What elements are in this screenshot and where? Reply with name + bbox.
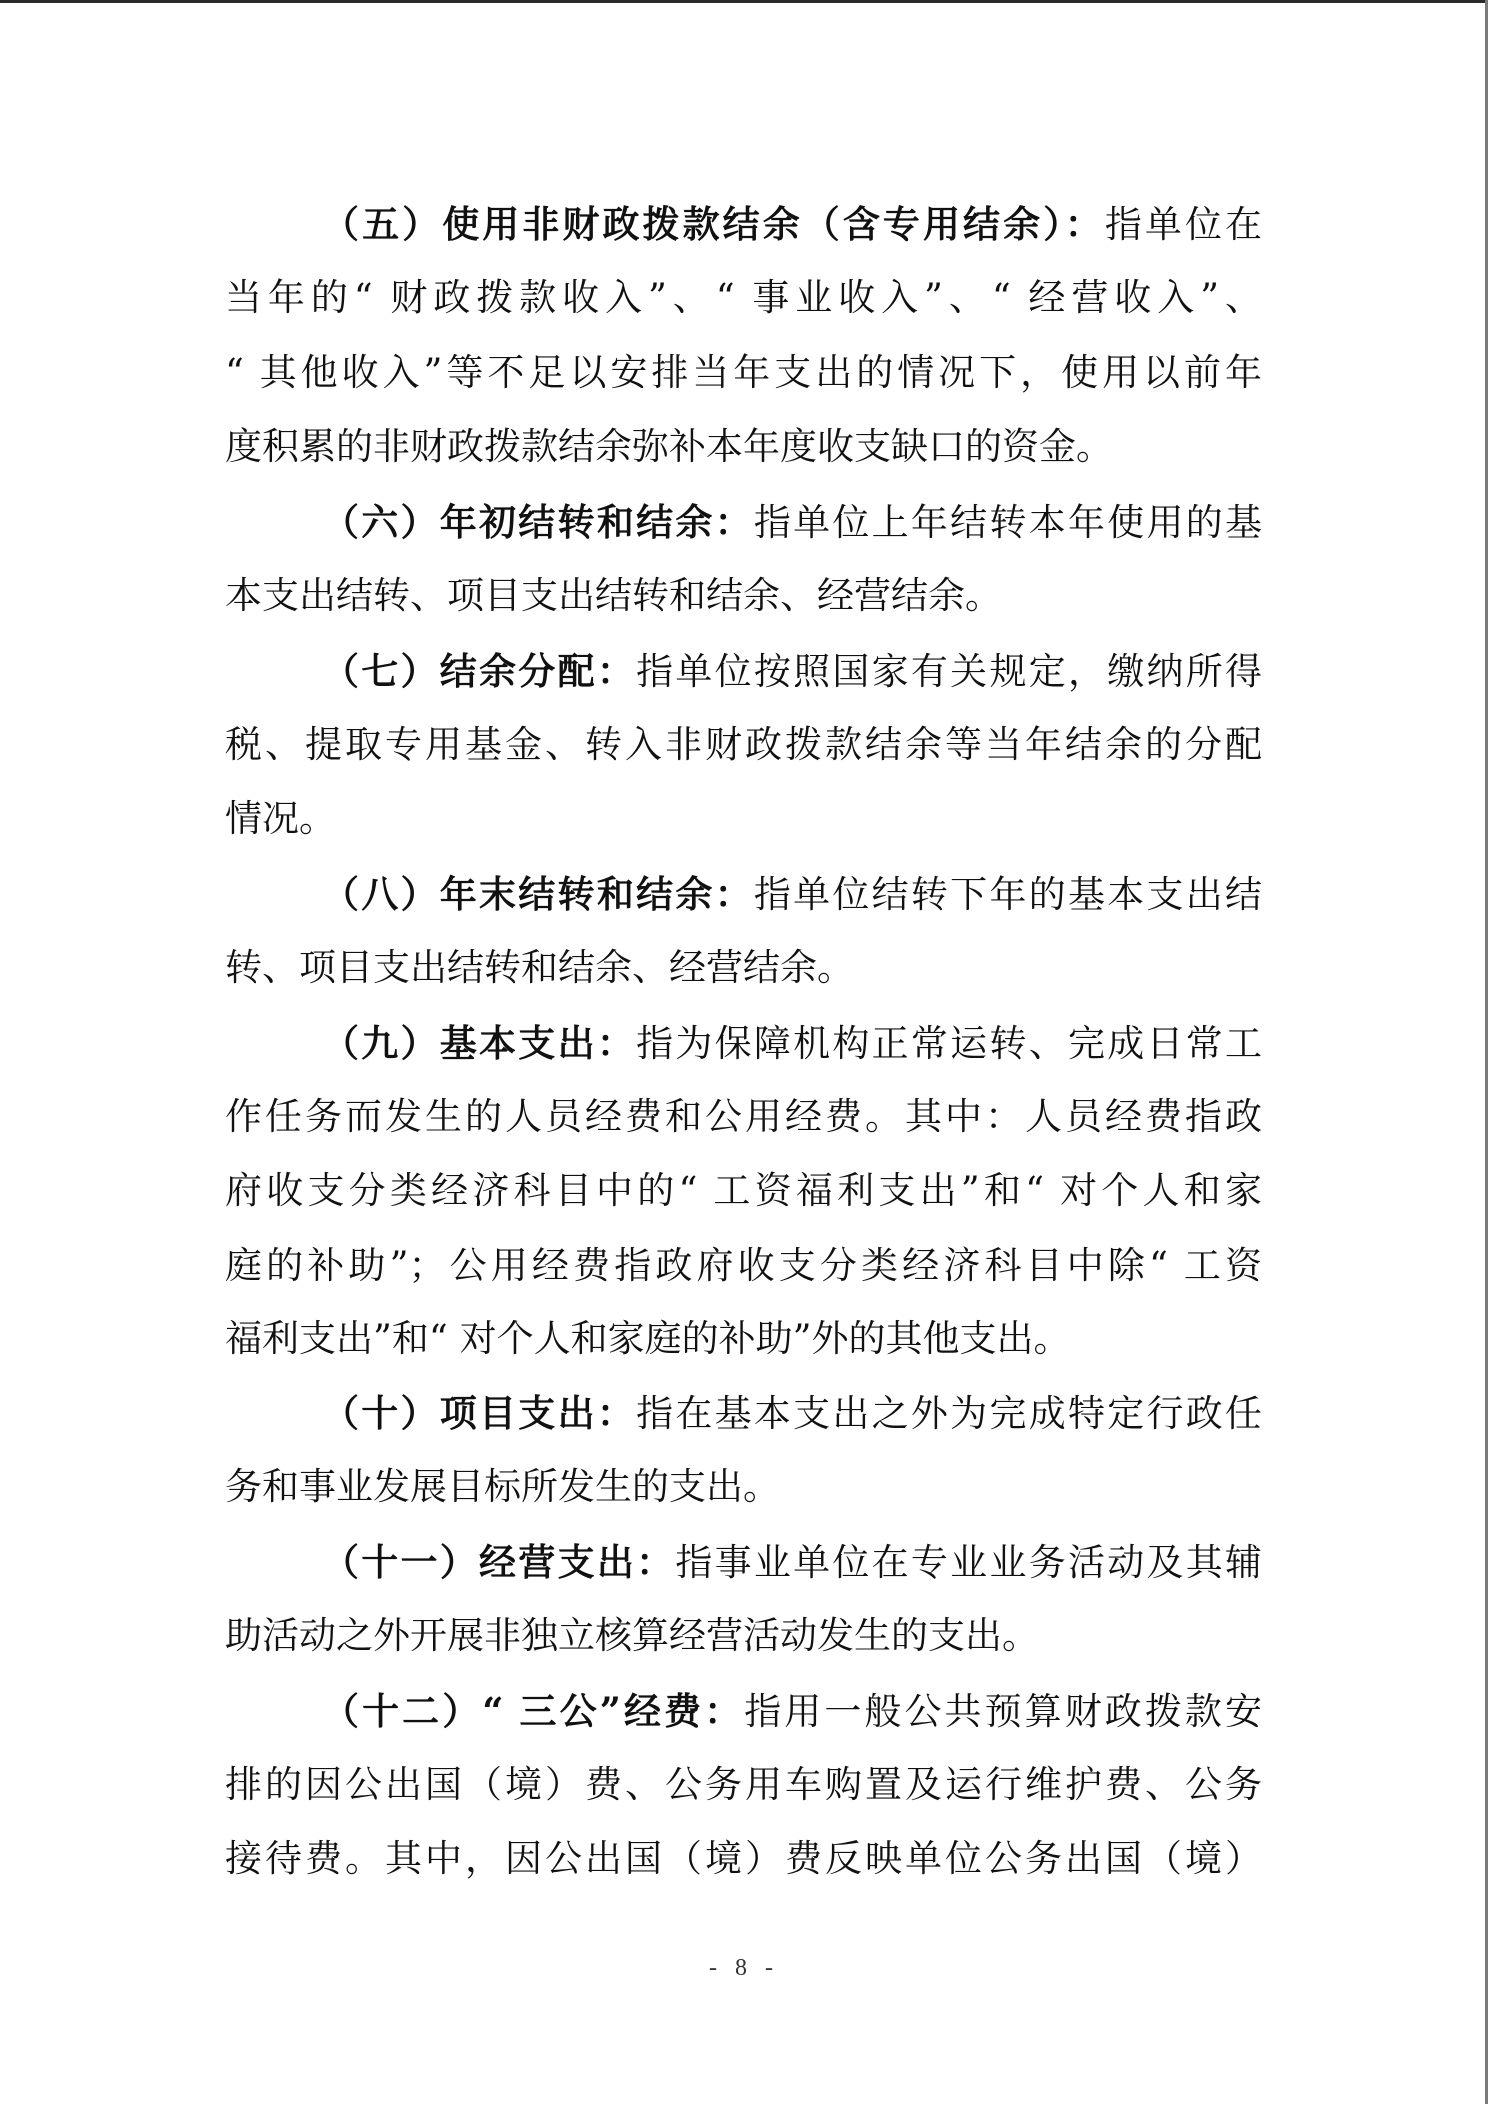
paragraph-9-line-5: 福利支出”和“ 对个人和家庭的补助”外的其他支出。 (225, 1314, 1262, 1364)
paragraph-9-heading: （九）基本支出： (322, 1021, 636, 1065)
paragraph-7-heading: （七）结余分配： (322, 649, 636, 693)
paragraph-6-line-2: 本支出结转、项目支出结转和结余、经营结余。 (225, 571, 1262, 621)
document-page: （五）使用非财政拨款结余（含专用结余）：指单位在 当年的“ 财政拨款收入”、“ … (0, 0, 1488, 2104)
paragraph-8-line-1: （八）年末结转和结余：指单位结转下年的基本支出结 (322, 869, 1262, 919)
paragraph-7-line-3: 情况。 (225, 794, 1262, 844)
paragraph-6-line-1: （六）年初结转和结余：指单位上年结转本年使用的基 (322, 497, 1262, 547)
page-number: - 8 - (0, 1950, 1488, 1986)
paragraph-9-line-3: 府收支分类经济科目中的“ 工资福利支出”和“ 对个人和家 (225, 1166, 1262, 1216)
paragraph-5-line-4: 度积累的非财政拨款结余弥补本年度收支缺口的资金。 (225, 422, 1262, 472)
paragraph-11-line-2: 助活动之外开展非独立核算经营活动发生的支出。 (225, 1611, 1262, 1661)
paragraph-12-heading: （十二）“ 三公”经费： (322, 1689, 744, 1733)
paragraph-12-line-1: （十二）“ 三公”经费：指用一般公共预算财政拨款安 (322, 1686, 1262, 1736)
paragraph-10-line-1: （十）项目支出：指在基本支出之外为完成特定行政任 (322, 1388, 1262, 1438)
paragraph-9-line-1: （九）基本支出：指为保障机构正常运转、完成日常工 (322, 1018, 1262, 1068)
paragraph-12-line-3: 接待费。其中，因公出国（境）费反映单位公务出国（境） (225, 1834, 1262, 1884)
paragraph-5-line-1: （五）使用非财政拨款结余（含专用结余）：指单位在 (322, 199, 1262, 249)
paragraph-7-line-1: （七）结余分配：指单位按照国家有关规定，缴纳所得 (322, 646, 1262, 696)
paragraph-9-line-4: 庭的补助”；公用经费指政府收支分类经济科目中除“ 工资 (225, 1241, 1262, 1291)
paragraph-9-line-2: 作任务而发生的人员经费和公用经费。其中：人员经费指政 (225, 1092, 1262, 1142)
paragraph-12-line-2: 排的因公出国（境）费、公务用车购置及运行维护费、公务 (225, 1760, 1262, 1810)
paragraph-10-line-2: 务和事业发展目标所发生的支出。 (225, 1462, 1262, 1512)
paragraph-5-line-2: 当年的“ 财政拨款收入”、“ 事业收入”、“ 经营收入”、 (225, 273, 1262, 323)
paragraph-5-heading: （五）使用非财政拨款结余（含专用结余）： (322, 202, 1105, 246)
paragraph-11-heading: （十一）经营支出： (322, 1540, 675, 1584)
paragraph-10-heading: （十）项目支出： (322, 1391, 636, 1435)
paragraph-8-heading: （八）年末结转和结余： (322, 872, 754, 916)
paragraph-5-line-3: “ 其他收入”等不足以安排当年支出的情况下，使用以前年 (225, 348, 1262, 398)
paragraph-6-heading: （六）年初结转和结余： (322, 500, 754, 544)
paragraph-8-line-2: 转、项目支出结转和结余、经营结余。 (225, 943, 1262, 993)
paragraph-11-line-1: （十一）经营支出：指事业单位在专业业务活动及其辅 (322, 1537, 1262, 1587)
paragraph-7-line-2: 税、提取专用基金、转入非财政拨款结余等当年结余的分配 (225, 720, 1262, 770)
